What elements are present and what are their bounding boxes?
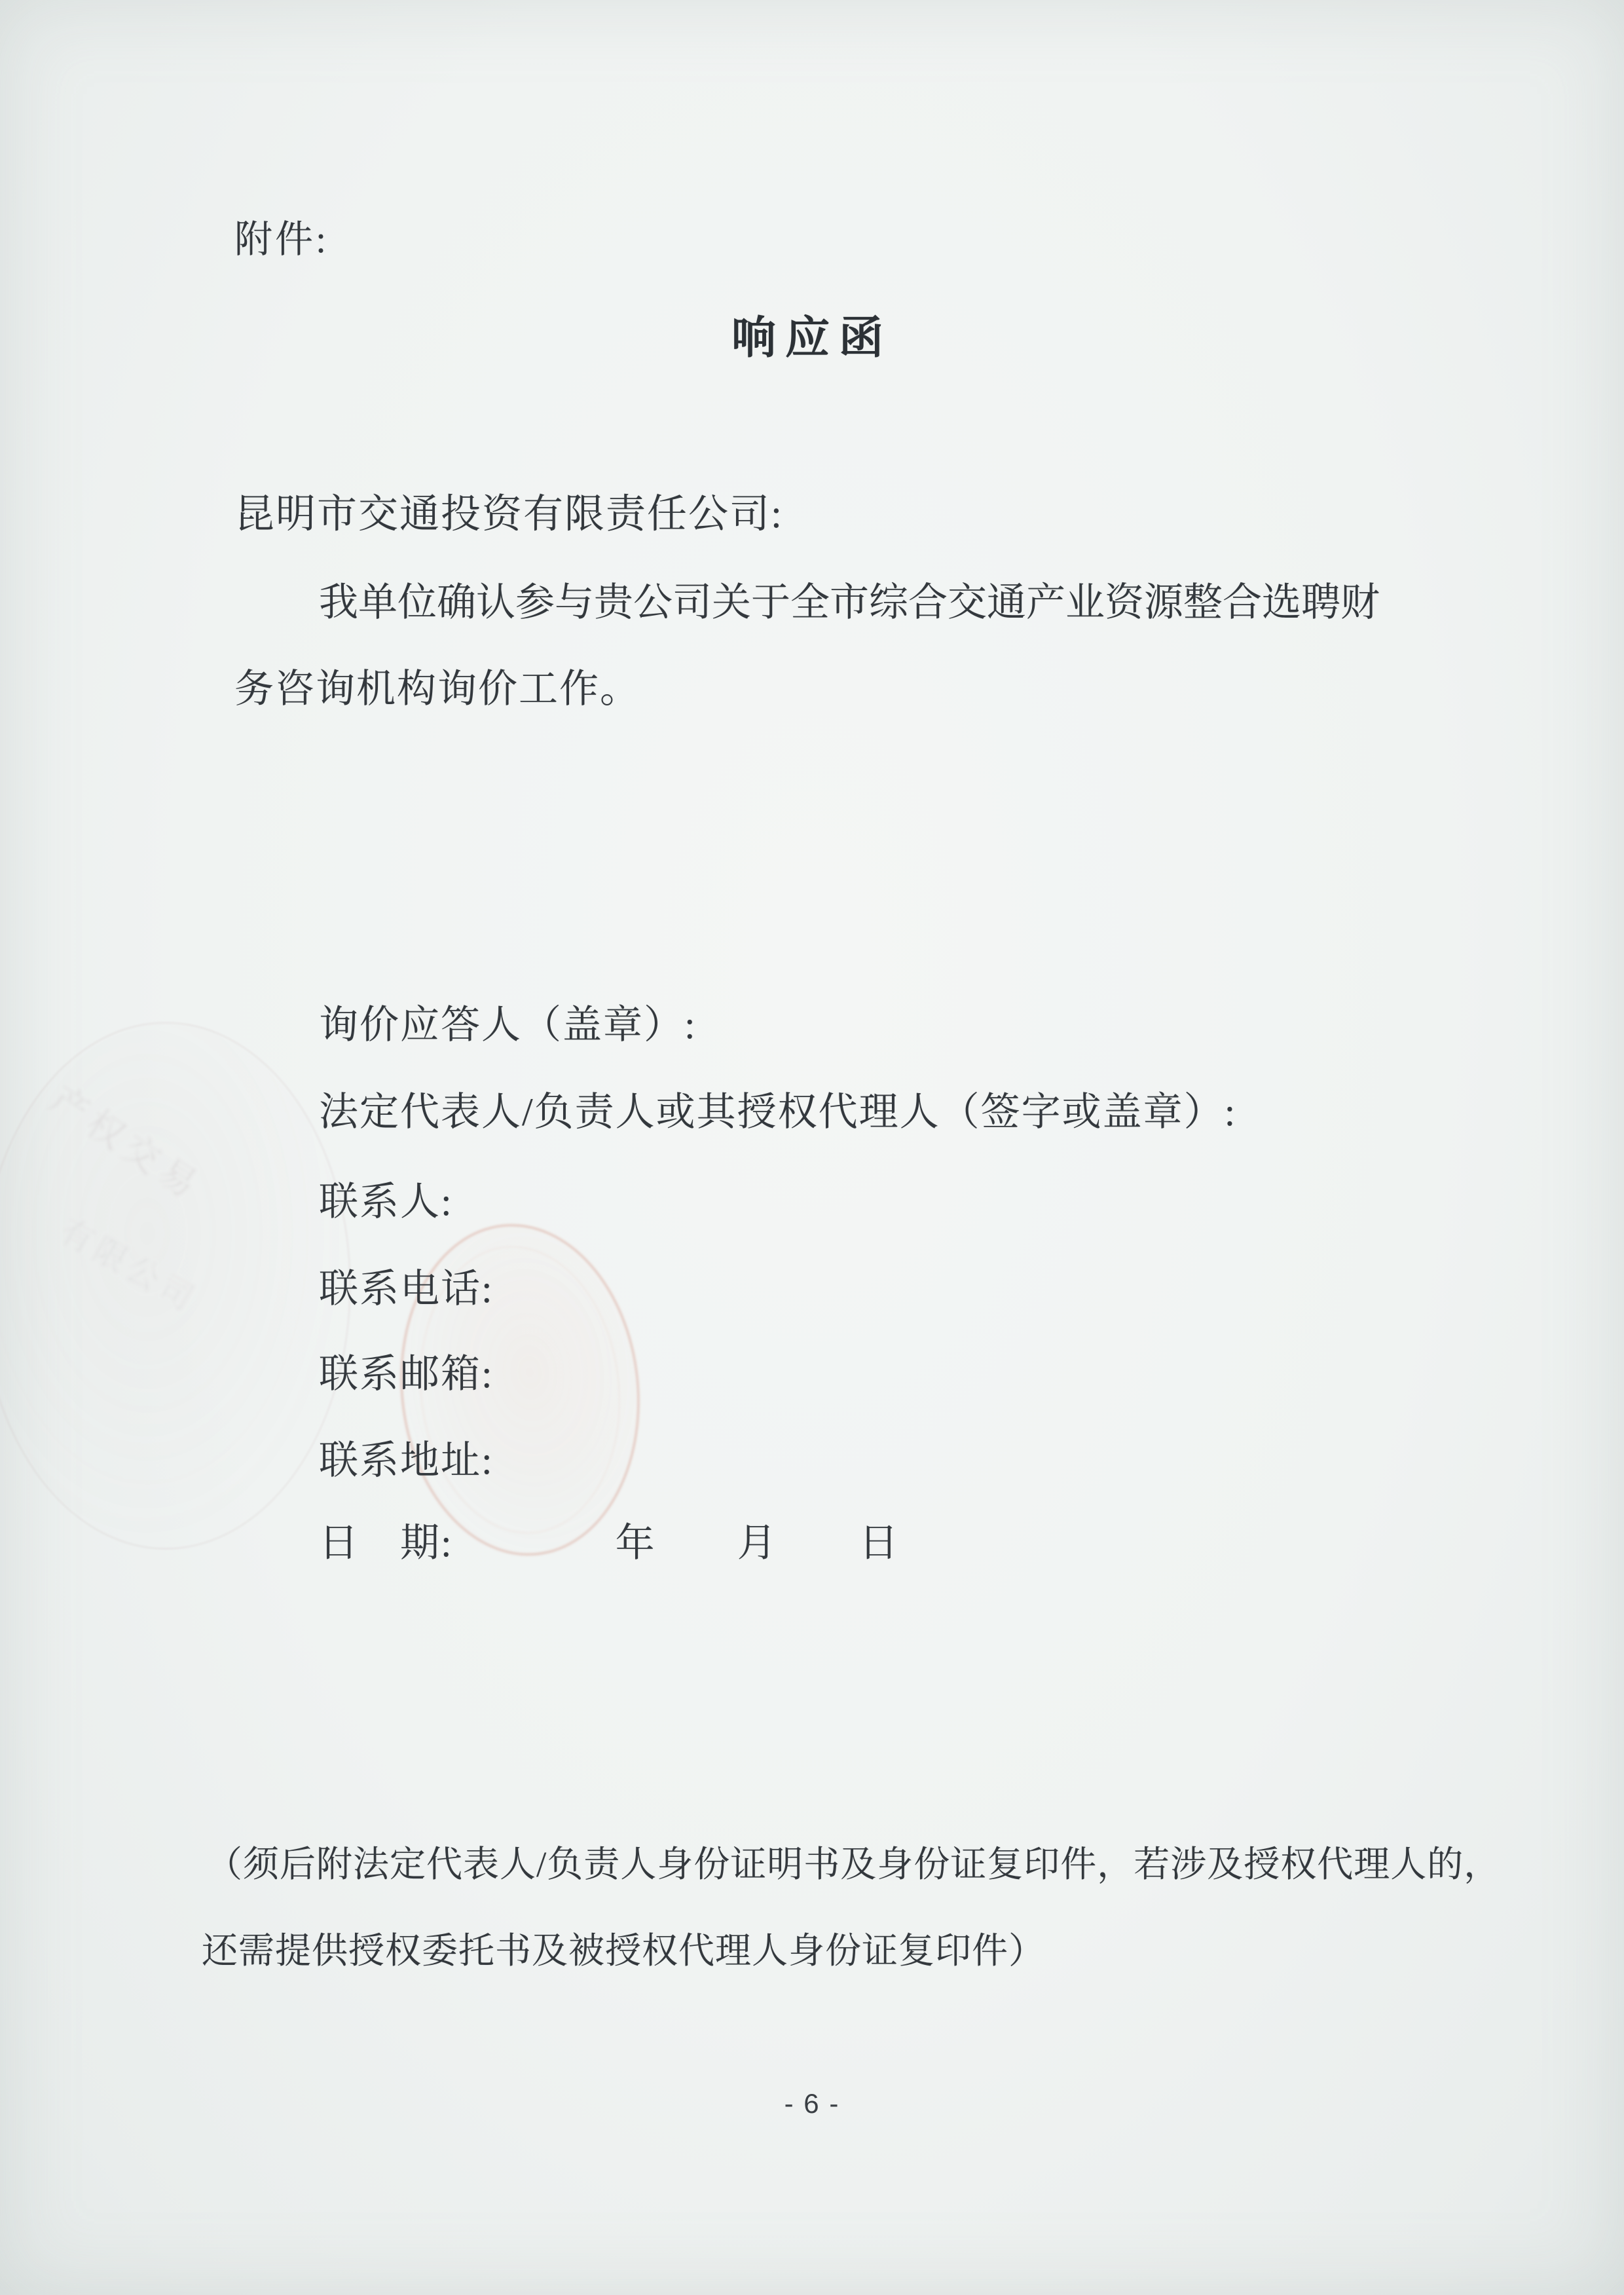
field-label-date: 日 期: 年 月 日 xyxy=(319,1512,900,1568)
field-label-contact-person: 联系人: xyxy=(319,1170,453,1227)
document-title: 响应函 xyxy=(0,303,1624,366)
footnote-line-2: 还需提供授权委托书及被授权代理人身份证复印件） xyxy=(202,1922,1045,1973)
field-label-contact-address: 联系地址: xyxy=(319,1429,494,1485)
salutation-line: 昆明市交通投资有限责任公司: xyxy=(234,482,783,539)
field-label-contact-email: 联系邮箱: xyxy=(319,1343,494,1399)
body-paragraph-line-2: 务咨询机构询价工作。 xyxy=(234,658,640,714)
faint-seal-stamp: 产权交易 有限公司 xyxy=(0,1022,351,1550)
field-label-respondent-seal: 询价应答人（盖章）: xyxy=(319,994,697,1050)
faint-seal-text-2: 有限公司 xyxy=(53,1205,208,1322)
footnote-line-1: （须后附法定代表人/负责人身份证明书及身份证复印件，若涉及授权代理人的， xyxy=(206,1835,1500,1887)
field-label-contact-phone: 联系电话: xyxy=(319,1258,494,1314)
page-number: - 6 - xyxy=(0,2088,1624,2119)
faint-seal-text: 产权交易 xyxy=(41,1072,214,1212)
attachment-label: 附件: xyxy=(234,208,329,263)
field-label-legal-representative: 法定代表人/负责人或其授权代理人（签字或盖章）: xyxy=(319,1081,1236,1137)
body-paragraph-line-1: 我单位确认参与贵公司关于全市综合交通产业资源整合选聘财 xyxy=(319,571,1380,627)
scanned-document-page: 产权交易 有限公司 附件: 响应函 昆明市交通投资有限责任公司: 我单位确认参与… xyxy=(0,0,1624,2295)
